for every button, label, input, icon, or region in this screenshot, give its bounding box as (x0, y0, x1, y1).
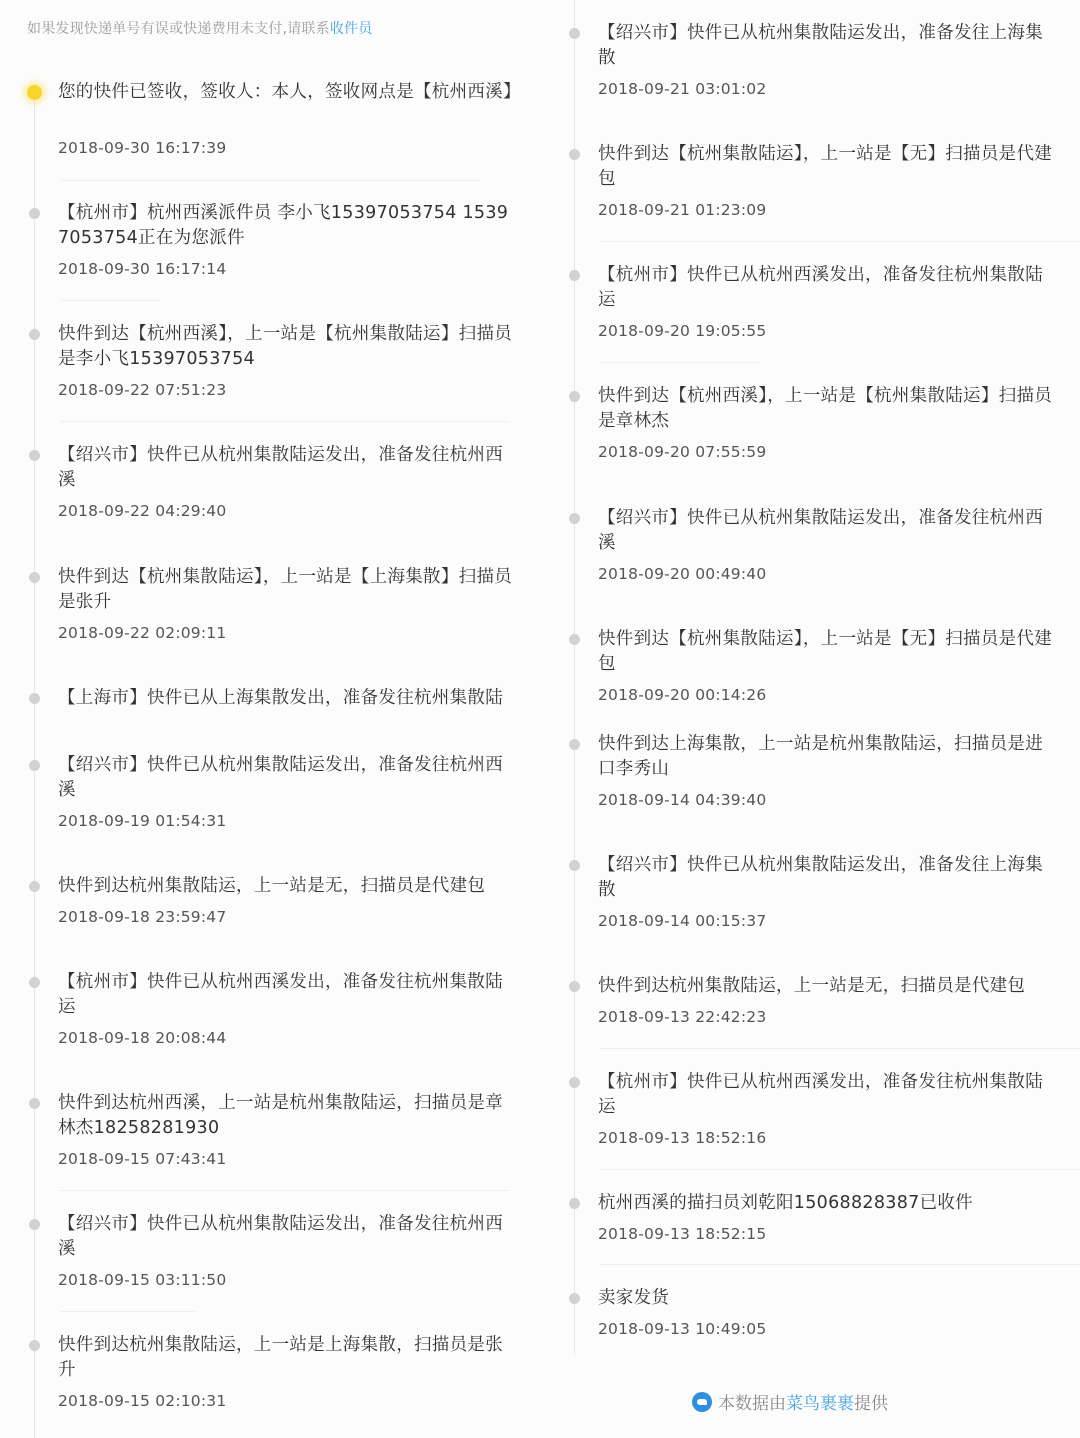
event-timestamp: 2018-09-20 19:05:55 (598, 322, 766, 340)
event-timestamp: 2018-09-13 10:49:05 (598, 1320, 766, 1338)
status-dot-icon (569, 1077, 580, 1088)
event-timestamp: 2018-09-20 07:55:59 (598, 443, 766, 461)
status-dot-icon (569, 28, 580, 39)
divider (600, 1169, 1080, 1170)
event-timestamp: 2018-09-30 16:17:14 (58, 260, 226, 278)
status-dot-icon (569, 1198, 580, 1209)
event-timestamp: 2018-09-15 07:43:41 (58, 1150, 226, 1168)
event-description: 【绍兴市】快件已从杭州集散陆运发出，准备发往上海集散 (598, 21, 1058, 71)
cainiao-brand-link[interactable]: 菜鸟裹裹 (786, 1389, 854, 1414)
status-dot-icon (29, 1098, 40, 1109)
divider (600, 1048, 1080, 1049)
status-dot-icon (29, 572, 40, 583)
event-description: 【绍兴市】快件已从杭州集散陆运发出，准备发往上海集散 (598, 853, 1058, 903)
event-timestamp: 2018-09-22 02:09:11 (58, 624, 226, 642)
divider (60, 180, 480, 181)
divider (600, 362, 760, 363)
status-dot-icon (569, 149, 580, 160)
status-dot-icon (29, 329, 40, 340)
event-description: 【杭州市】快件已从杭州西溪发出，准备发往杭州集散陆运 (598, 1070, 1058, 1120)
event-timestamp: 2018-09-20 00:14:26 (598, 686, 766, 704)
event-timestamp: 2018-09-13 22:42:23 (598, 1008, 766, 1026)
event-description: 【绍兴市】快件已从杭州集散陆运发出，准备发往杭州西溪 (598, 506, 1058, 556)
event-description: 快件到达【杭州集散陆运】，上一站是【无】扫描员是代建包 (598, 627, 1058, 677)
event-timestamp: 2018-09-22 04:29:40 (58, 502, 226, 520)
event-description: 快件到达【杭州西溪】，上一站是【杭州集散陆运】扫描员是李小飞1539705375… (58, 322, 518, 372)
event-description: 【绍兴市】快件已从杭州集散陆运发出，准备发往杭州西溪 (58, 443, 518, 493)
event-timestamp: 2018-09-18 23:59:47 (58, 908, 226, 926)
event-timestamp: 2018-09-13 18:52:16 (598, 1129, 766, 1147)
footer-prefix: 本数据由 (718, 1389, 786, 1414)
event-description-truncated: 【上海市】快件已从上海集散发出，准备发往杭州集散陆运 (58, 686, 518, 709)
event-timestamp: 2018-09-20 00:49:40 (598, 565, 766, 583)
event-description: 【杭州市】杭州西溪派件员 李小飞15397053754 15397053754正… (58, 201, 518, 251)
event-timestamp: 2018-09-18 20:08:44 (58, 1029, 226, 1047)
event-description: 快件到达【杭州集散陆运】，上一站是【无】扫描员是代建包 (598, 142, 1058, 192)
status-dot-icon (29, 881, 40, 892)
divider (600, 1264, 1080, 1265)
active-status-dot-icon (27, 85, 42, 100)
event-description: 快件到达杭州集散陆运，上一站是上海集散，扫描员是张升 (58, 1333, 518, 1383)
event-timestamp: 2018-09-14 04:39:40 (598, 791, 766, 809)
contact-notice: 如果发现快递单号有误或快递费用未支付,请联系收件员 (27, 18, 372, 38)
event-description: 卖家发货 (598, 1286, 1058, 1311)
status-dot-icon (569, 270, 580, 281)
status-dot-icon (29, 760, 40, 771)
divider (60, 300, 160, 301)
event-description: 【杭州市】快件已从杭州西溪发出，准备发往杭州集散陆运 (58, 970, 518, 1020)
status-dot-icon (569, 391, 580, 402)
status-dot-icon (29, 977, 40, 988)
contact-courier-link[interactable]: 收件员 (330, 21, 373, 37)
event-timestamp: 2018-09-14 00:15:37 (598, 912, 766, 930)
status-dot-icon (569, 981, 580, 992)
timeline-column-left: 如果发现快递单号有误或快递费用未支付,请联系收件员 您的快件已签收，签收人：本人… (0, 0, 540, 1438)
status-dot-icon (29, 693, 40, 704)
timeline-column-right: 【绍兴市】快件已从杭州集散陆运发出，准备发往上海集散 2018-09-21 03… (540, 0, 1080, 1438)
status-dot-icon (29, 450, 40, 461)
event-timestamp: 2018-09-22 07:51:23 (58, 381, 226, 399)
status-dot-icon (29, 1219, 40, 1230)
event-description: 【绍兴市】快件已从杭州集散陆运发出，准备发往杭州西溪 (58, 1212, 518, 1262)
event-timestamp: 2018-09-15 02:10:31 (58, 1392, 226, 1410)
divider (60, 421, 510, 422)
status-dot-icon (29, 1340, 40, 1351)
status-dot-icon (569, 739, 580, 750)
status-dot-icon (569, 1293, 580, 1304)
event-description: 【绍兴市】快件已从杭州集散陆运发出，准备发往杭州西溪 (58, 753, 518, 803)
status-dot-icon (569, 513, 580, 524)
event-description: 快件到达【杭州集散陆运】，上一站是【上海集散】扫描员是张升 (58, 565, 518, 615)
event-timestamp: 2018-09-19 01:54:31 (58, 812, 226, 830)
footer-suffix: 提供 (854, 1389, 888, 1414)
event-timestamp: 2018-09-21 01:23:09 (598, 201, 766, 219)
event-description: 杭州西溪的描扫员刘乾阳15068828387已收件 (598, 1191, 1058, 1216)
event-description: 快件到达上海集散，上一站是杭州集散陆运，扫描员是进口李秀山 (598, 732, 1058, 782)
divider (60, 1190, 510, 1191)
status-dot-icon (569, 860, 580, 871)
timeline-line (574, 0, 575, 1355)
event-description: 快件到达【杭州西溪】，上一站是【杭州集散陆运】扫描员是章林杰 (598, 384, 1058, 434)
event-description: 快件到达杭州集散陆运，上一站是无，扫描员是代建包 (598, 974, 1058, 999)
status-dot-icon (569, 634, 580, 645)
event-timestamp: 2018-09-21 03:01:02 (598, 80, 766, 98)
event-timestamp: 2018-09-30 16:17:39 (58, 139, 226, 157)
event-description: 【杭州市】快件已从杭州西溪发出，准备发往杭州集散陆运 (598, 263, 1058, 313)
cainiao-logo-icon (692, 1392, 712, 1412)
notice-text: 如果发现快递单号有误或快递费用未支付,请联系 (27, 21, 330, 37)
divider (60, 1311, 195, 1312)
event-description: 您的快件已签收，签收人：本人，签收网点是【杭州西溪】 (58, 80, 518, 105)
event-description: 快件到达杭州集散陆运，上一站是无，扫描员是代建包 (58, 874, 518, 899)
event-timestamp: 2018-09-13 18:52:15 (598, 1225, 766, 1243)
divider (600, 241, 1080, 242)
tracking-page: 如果发现快递单号有误或快递费用未支付,请联系收件员 您的快件已签收，签收人：本人… (0, 0, 1080, 1438)
data-source-footer: 本数据由菜鸟裹裹提供 (692, 1389, 888, 1414)
event-timestamp: 2018-09-15 03:11:50 (58, 1271, 226, 1289)
status-dot-icon (29, 208, 40, 219)
event-description: 快件到达杭州西溪，上一站是杭州集散陆运，扫描员是章林杰18258281930 (58, 1091, 518, 1141)
